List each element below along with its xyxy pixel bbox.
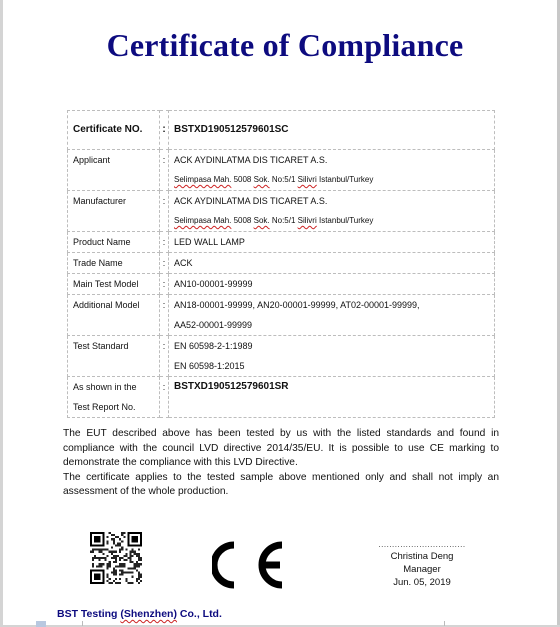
address-part: No:5/1 [270,216,298,225]
colon: : [160,336,168,356]
label-applicant: Applicant [73,150,159,170]
table-row-product-name: Product Name : LED WALL LAMP [68,232,495,253]
table-row-manufacturer: Manufacturer : ACK AYDINLATMA DIS TICARE… [68,191,495,232]
label-trade-name: Trade Name [73,253,159,273]
label-test-report-line: As shown in the [73,377,159,397]
value-product-name: LED WALL LAMP [174,232,494,252]
value-test-report-no: BSTXD190512579601SR [174,377,494,397]
table-row-trade-name: Trade Name : ACK [68,253,495,274]
label-test-standard: Test Standard [73,336,159,356]
signature-line: ................................ [366,540,478,550]
applicant-name: ACK AYDINLATMA DIS TICARET A.S. [174,150,494,170]
label-manufacturer: Manufacturer [73,191,159,211]
address-part: Sok. [254,175,270,184]
signatory-name: Christina Deng [366,550,478,563]
statement-paragraph: The EUT described above has been tested … [63,427,499,471]
manufacturer-name: ACK AYDINLATMA DIS TICARET A.S. [174,191,494,211]
company-name-part: BST Testing [57,608,120,620]
table-row-certificate-no: Certificate NO. : BSTXD190512579601SC [68,111,495,150]
colon: : [160,274,168,294]
table-row-additional-model: Additional Model : AN18-00001-99999, AN2… [68,295,495,336]
table-row-test-report: As shown in the Test Report No. : BSTXD1… [68,377,495,418]
label-product-name: Product Name [73,232,159,252]
address-part: Selimpasa Mah. [174,216,231,225]
company-name: BST Testing (Shenzhen) Co., Ltd. [57,608,222,620]
signatory-role: Manager [366,563,478,576]
table-row-applicant: Applicant : ACK AYDINLATMA DIS TICARET A… [68,150,495,191]
label-additional-model: Additional Model [73,295,159,315]
colon: : [160,150,168,170]
certificate-table: Certificate NO. : BSTXD190512579601SC Ap… [67,110,495,418]
test-standard-line: EN 60598-1:2015 [174,356,494,376]
test-standard-line: EN 60598-2-1:1989 [174,336,494,356]
applicant-address: Selimpasa Mah. 5008 Sok. No:5/1 Silivri … [174,170,494,190]
address-part: Istanbul/Turkey [317,175,374,184]
colon: : [160,111,168,149]
address-part: Istanbul/Turkey [317,216,374,225]
address-part: 5008 [231,175,253,184]
value-main-test-model: AN10-00001-99999 [174,274,494,294]
address-part: Silivri [298,216,317,225]
ruler-tick [444,621,445,626]
ce-mark-icon [212,541,286,589]
company-name-part: Co., Ltd. [177,608,222,620]
colon: : [160,232,168,252]
address-part: Selimpasa Mah. [174,175,231,184]
colon: : [160,295,168,315]
company-name-part: (Shenzhen) [120,608,177,620]
table-row-test-standard: Test Standard : EN 60598-2-1:1989 EN 605… [68,336,495,377]
label-test-report-line: Test Report No. [73,397,159,417]
label-certificate-no: Certificate NO. [73,111,159,149]
table-row-main-test-model: Main Test Model : AN10-00001-99999 [68,274,495,295]
additional-model-line: AN18-00001-99999, AN20-00001-99999, AT02… [174,295,494,315]
address-part: 5008 [231,216,253,225]
colon: : [160,377,168,397]
ruler-tick [82,621,83,626]
value-trade-name: ACK [174,253,494,273]
colon: : [160,191,168,211]
qr-code-icon [90,532,142,584]
page-title: Certificate of Compliance [0,27,560,64]
colon: : [160,253,168,273]
manufacturer-address: Selimpasa Mah. 5008 Sok. No:5/1 Silivri … [174,211,494,231]
address-part: No:5/1 [270,175,298,184]
statement-paragraph: The certificate applies to the tested sa… [63,471,499,500]
value-certificate-no: BSTXD190512579601SC [174,111,494,149]
label-main-test-model: Main Test Model [73,274,159,294]
page-icon [36,621,46,627]
address-part: Silivri [298,175,317,184]
signature-date: Jun. 05, 2019 [366,576,478,589]
signature-block: ................................ Christi… [366,540,478,589]
address-part: Sok. [254,216,270,225]
compliance-statement: The EUT described above has been tested … [63,427,499,500]
additional-model-line: AA52-00001-99999 [174,315,494,335]
